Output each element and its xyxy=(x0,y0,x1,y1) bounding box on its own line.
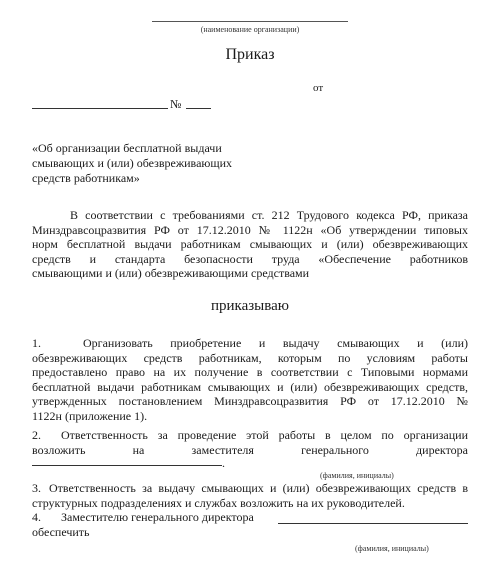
date-from-label: от xyxy=(313,82,323,94)
item-line: обезвреживающих средств работникам, кото… xyxy=(32,351,468,366)
subject-line: средств работникам» xyxy=(32,171,232,186)
responsible-name-blank xyxy=(32,465,222,466)
number-blank xyxy=(186,108,211,109)
order-subject: «Об организации бесплатной выдачи смываю… xyxy=(32,141,232,186)
intro-line: Минздравсоцразвития РФ от 17.12.2010 № 1… xyxy=(32,223,468,238)
item-line: 3.Ответственность за выдачу смывающих и … xyxy=(32,481,468,496)
organization-name-caption: (наименование организации) xyxy=(0,25,500,34)
item-line: предоставлено право на их получение в со… xyxy=(32,365,468,380)
subject-line: смывающих и (или) обезвреживающих xyxy=(32,156,232,171)
item-number: 4. xyxy=(32,510,41,524)
item-line: 1.Организовать приобретение и выдачу смы… xyxy=(32,336,468,351)
item-line: обеспечить xyxy=(32,525,468,540)
order-item-4: 4.Заместителю генерального директора обе… xyxy=(32,510,468,539)
intro-line: средств и стандарта безопасности труда «… xyxy=(32,252,468,267)
item-line: утвержденных постановлением Минздравсоцр… xyxy=(32,394,468,409)
item-line: возложить на заместителя генерального ди… xyxy=(32,443,468,458)
item-number: 1. xyxy=(32,336,41,350)
order-heading: приказываю xyxy=(0,298,500,315)
item-number: 2. xyxy=(32,428,41,442)
item-2-period: . xyxy=(222,456,225,471)
item-line: 2.Ответственность за проведение этой раб… xyxy=(32,428,468,443)
intro-line: В соответствии с требованиями ст. 212 Тр… xyxy=(32,208,468,223)
intro-paragraph: В соответствии с требованиями ст. 212 Тр… xyxy=(32,208,468,281)
deputy-name-caption: (фамилия, инициалы) xyxy=(355,544,429,553)
deputy-name-blank xyxy=(278,523,468,524)
item-line: структурных подразделениях и службах воз… xyxy=(32,496,468,511)
item-line: 1122н (приложение 1). xyxy=(32,409,468,424)
order-item-3: 3.Ответственность за выдачу смывающих и … xyxy=(32,481,468,510)
number-sign: № xyxy=(170,97,181,112)
item-number: 3. xyxy=(32,481,41,495)
organization-name-blank xyxy=(152,21,348,22)
order-item-1: 1.Организовать приобретение и выдачу смы… xyxy=(32,336,468,424)
item-line: бесплатной выдачи работникам смывающих и… xyxy=(32,380,468,395)
date-blank xyxy=(32,108,168,109)
intro-line: норм бесплатной выдачи работникам смываю… xyxy=(32,237,468,252)
document-title: Приказ xyxy=(0,46,500,64)
intro-line: смывающими и (или) обезвреживающими сред… xyxy=(32,266,468,281)
subject-line: «Об организации бесплатной выдачи xyxy=(32,141,232,156)
responsible-name-caption: (фамилия, инициалы) xyxy=(320,471,394,480)
order-item-2: 2.Ответственность за проведение этой раб… xyxy=(32,428,468,457)
